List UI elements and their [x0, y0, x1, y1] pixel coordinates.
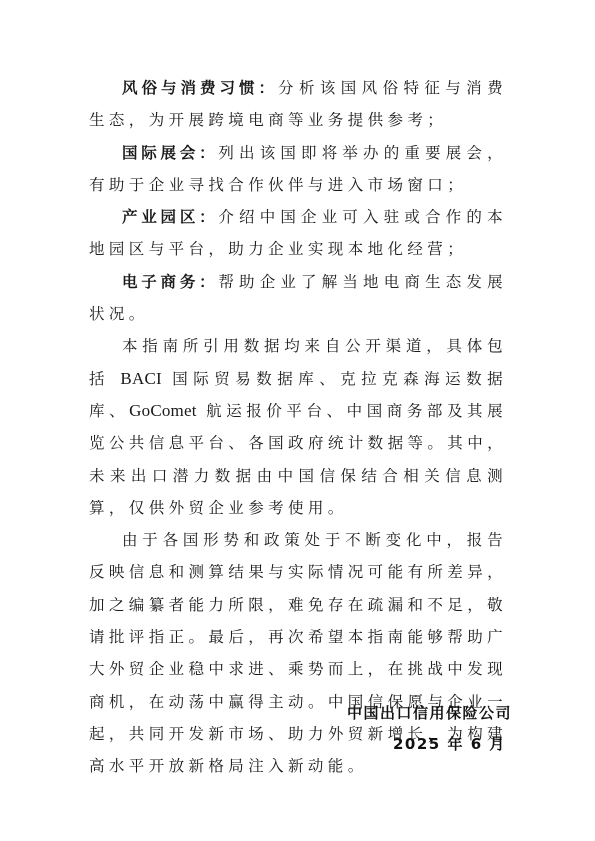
document-body: 风俗与消费习惯：分析该国风俗特征与消费生态，为开展跨境电商等业务提供参考； 国际… — [89, 72, 507, 783]
section-heading: 产业园区： — [122, 208, 218, 226]
signature-organization: 中国出口信用保险公司 — [347, 702, 512, 723]
section-industrial-parks: 产业园区：介绍中国企业可入驻或合作的本地园区与平台，助力企业实现本地化经营； — [89, 201, 507, 266]
section-exhibitions: 国际展会：列出该国即将举办的重要展会，有助于企业寻找合作伙伴与进入市场窗口； — [89, 137, 507, 202]
text-run-latin: BACI — [120, 369, 161, 388]
data-sources-paragraph: 本指南所引用数据均来自公开渠道，具体包括 BACI 国际贸易数据库、克拉克森海运… — [89, 330, 507, 524]
section-heading: 国际展会： — [122, 144, 218, 162]
section-ecommerce: 电子商务：帮助企业了解当地电商生态发展状况。 — [89, 266, 507, 331]
signature-date: 2025 年 6 月 — [393, 733, 506, 754]
section-heading: 风俗与消费习惯： — [122, 79, 278, 97]
text-run-latin: GoComet — [129, 401, 197, 420]
section-heading: 电子商务： — [122, 273, 218, 291]
section-customs: 风俗与消费习惯：分析该国风俗特征与消费生态，为开展跨境电商等业务提供参考； — [89, 72, 507, 137]
